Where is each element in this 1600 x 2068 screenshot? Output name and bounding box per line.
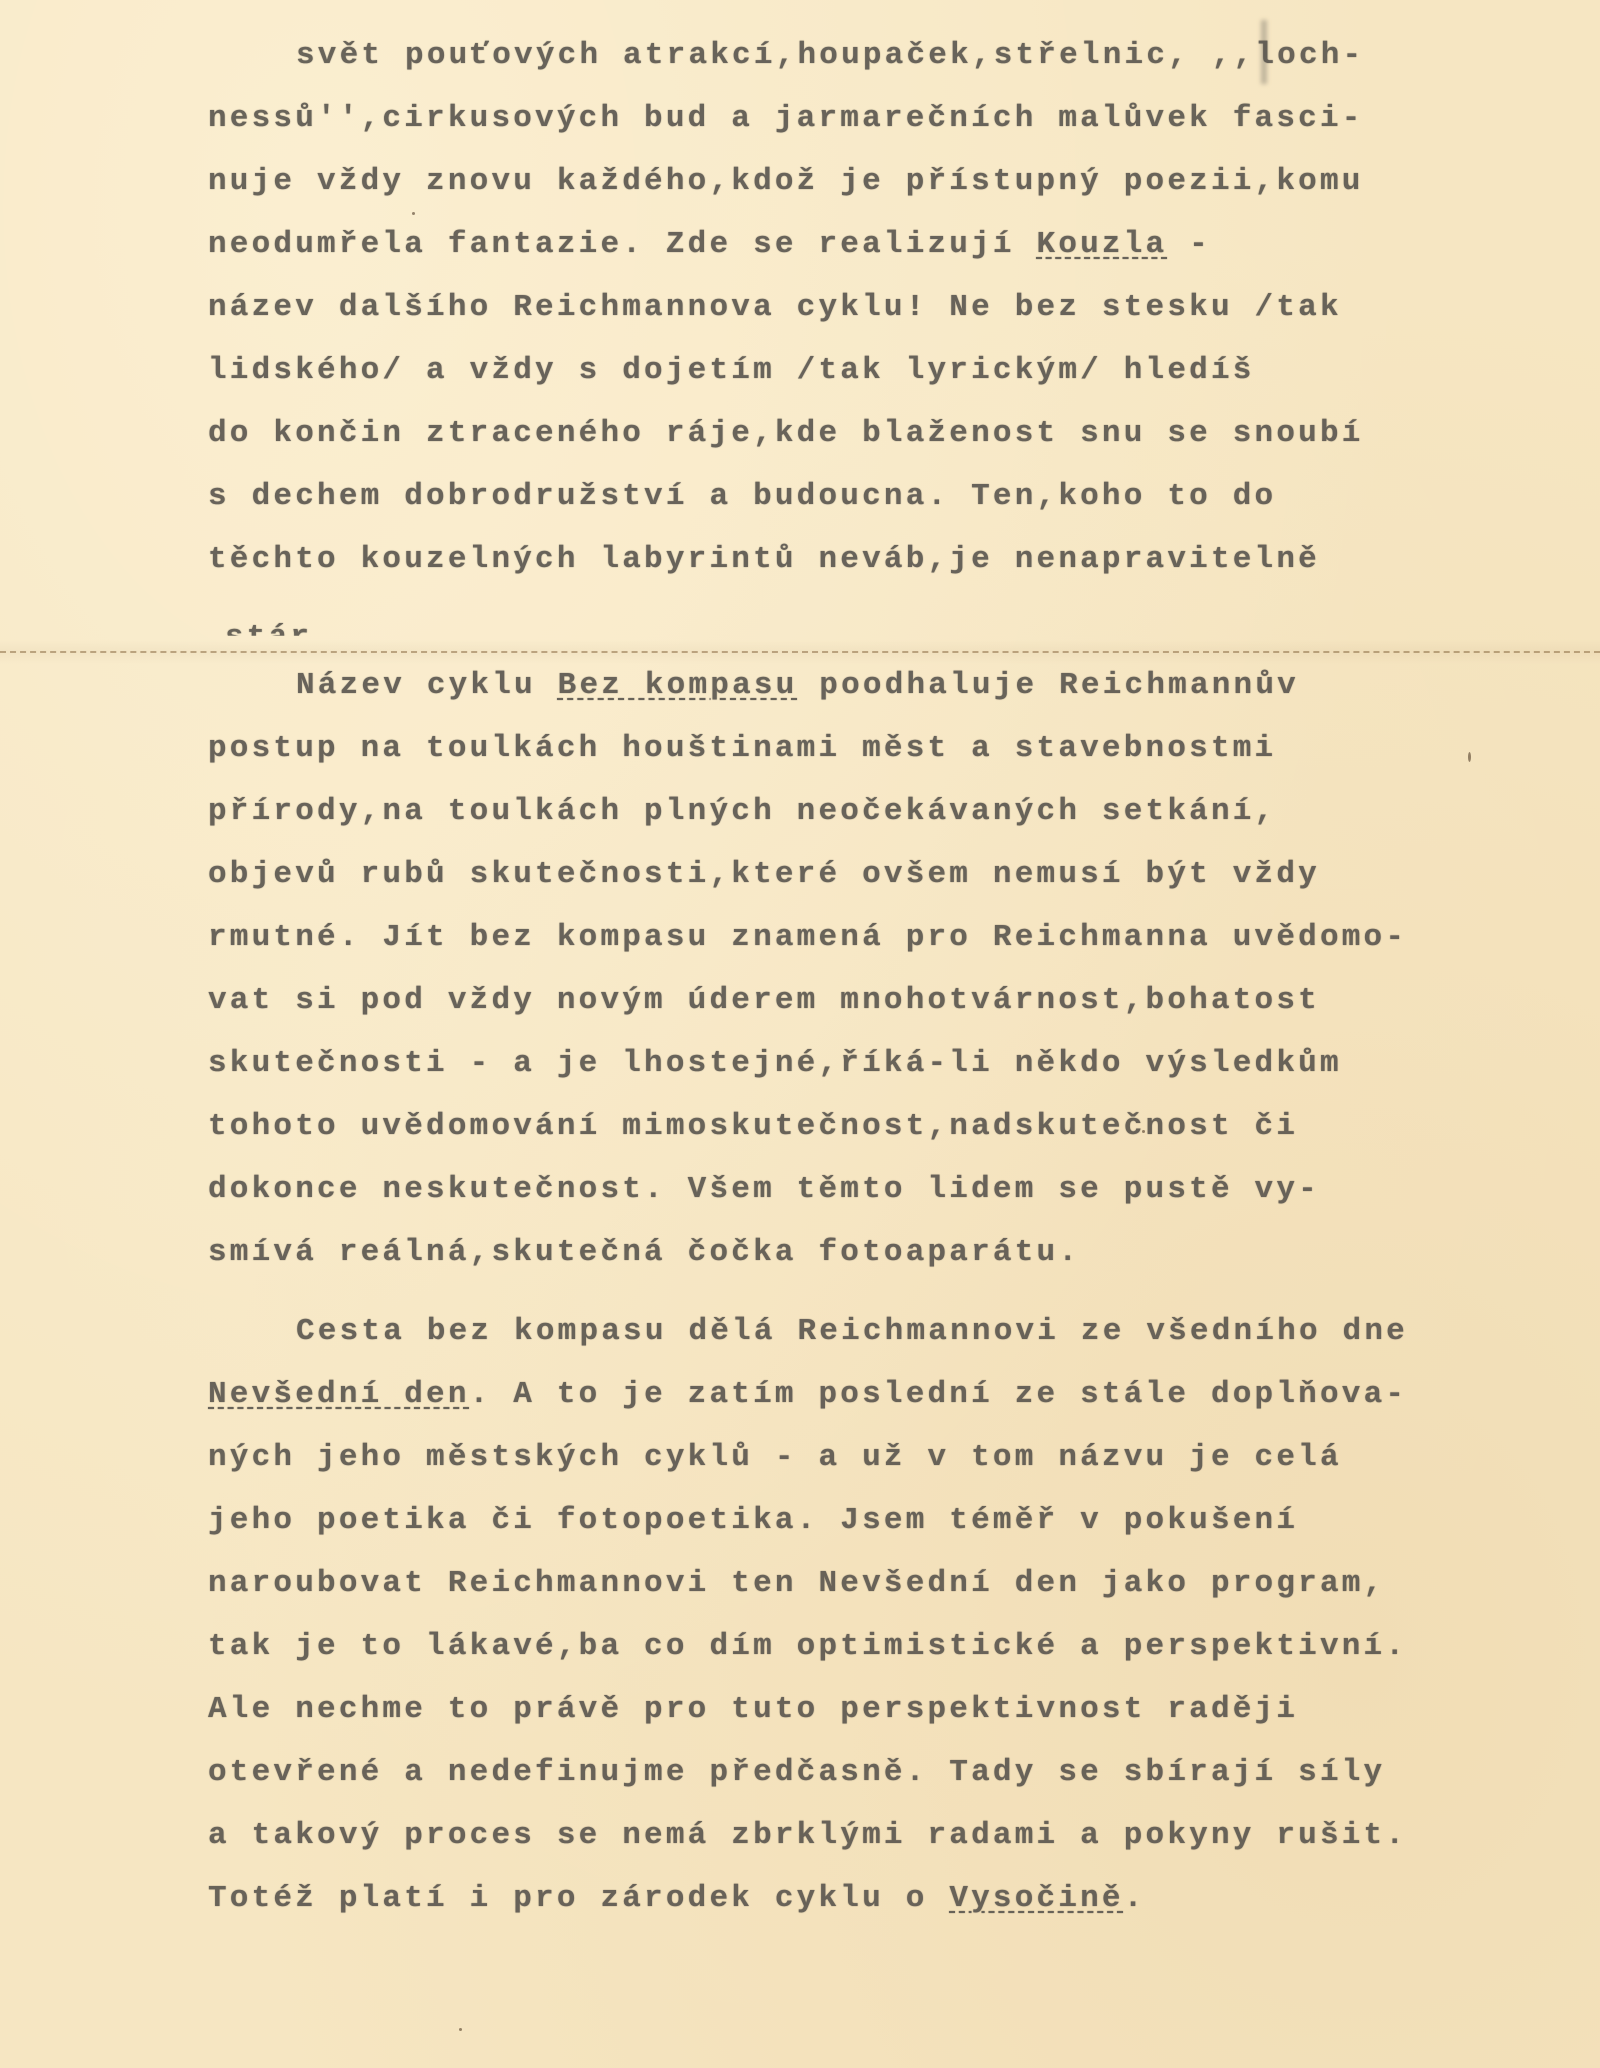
paper-speck — [459, 2028, 462, 2031]
paper-speck — [412, 212, 415, 215]
text-line: tak je to lákavé,ba co dím optimistické … — [208, 1629, 1407, 1664]
text-line: skutečnosti - a je lhostejné,říká-li něk… — [208, 1046, 1342, 1081]
text-line: do končin ztraceného ráje,kde blaženost … — [208, 416, 1364, 451]
text-line: smívá reálná,skutečná čočka fotoaparátu. — [208, 1235, 1080, 1270]
text-line: tohoto uvědomování mimoskutečnost,nadsku… — [208, 1109, 1298, 1144]
text-line: s dechem dobrodružství a budoucna. Ten,k… — [208, 479, 1276, 514]
text-line: a takový proces se nemá zbrklými radami … — [208, 1818, 1407, 1853]
cycle-title-vysocina: Vysočině — [949, 1881, 1123, 1916]
text-line: svět pouťových atrakcí,houpaček,střelnic… — [296, 38, 1364, 73]
text-line: Ale nechme to právě pro tuto perspektivn… — [208, 1692, 1298, 1727]
text-line: nuje vždy znovu každého,kdož je přístupn… — [208, 164, 1364, 199]
text-fragment: neodumřela fantazie. Zde se realizují — [208, 227, 1037, 262]
text-fragment: Totéž platí i pro zárodek cyklu o — [208, 1881, 949, 1916]
text-line: ných jeho městských cyklů - a už v tom n… — [208, 1440, 1342, 1475]
text-fragment: Název cyklu — [296, 668, 558, 703]
text-line: Cesta bez kompasu dělá Reichmannovi ze v… — [296, 1314, 1408, 1349]
text-line: přírody,na toulkách plných neočekávaných… — [208, 794, 1276, 829]
paper-fold-line — [0, 651, 1600, 653]
text-line: naroubovat Reichmannovi ten Nevšední den… — [208, 1566, 1385, 1601]
text-fragment: . A to je zatím poslední ze stále doplňo… — [470, 1377, 1408, 1412]
text-line: otevřené a nedefinujme předčasně. Tady s… — [208, 1755, 1385, 1790]
cycle-title-nevsedni-den: Nevšední den — [208, 1377, 470, 1412]
text-line: rmutné. Jít bez kompasu znamená pro Reic… — [208, 920, 1407, 955]
paper-speck — [1468, 752, 1471, 762]
text-line: název dalšího Reichmannova cyklu! Ne bez… — [208, 290, 1342, 325]
text-line: nessů'',cirkusových bud a jarmarečních m… — [208, 101, 1364, 136]
text-line: lidského/ a vždy s dojetím /tak lyrickým… — [208, 353, 1255, 388]
text-fragment: . — [1124, 1881, 1146, 1916]
text-line: dokonce neskutečnost. Všem těmto lidem s… — [208, 1172, 1320, 1207]
text-line: postup na toulkách houštinami měst a sta… — [208, 731, 1276, 766]
text-line: neodumřela fantazie. Zde se realizují Ko… — [208, 227, 1211, 262]
text-line: objevů rubů skutečnosti,které ovšem nemu… — [208, 857, 1320, 892]
text-line: těchto kouzelných labyrintů neváb,je nen… — [208, 542, 1320, 577]
text-line: Totéž platí i pro zárodek cyklu o Vysoči… — [208, 1881, 1146, 1916]
text-line: Název cyklu Bez kompasu poodhaluje Reich… — [296, 668, 1299, 703]
text-fragment: - — [1167, 227, 1211, 262]
typewritten-page: svět pouťových atrakcí,houpaček,střelnic… — [0, 0, 1600, 2068]
text-fragment: poodhaluje Reichmannův — [797, 668, 1298, 703]
cycle-title-kouzla: Kouzla — [1037, 227, 1168, 262]
text-line: Nevšední den. A to je zatím poslední ze … — [208, 1377, 1407, 1412]
text-line: jeho poetika či fotopoetika. Jsem téměř … — [208, 1503, 1298, 1538]
cycle-title-bez-kompasu: Bez kompasu — [558, 668, 798, 703]
text-line: vat si pod vždy novým úderem mnohotvárno… — [208, 983, 1320, 1018]
